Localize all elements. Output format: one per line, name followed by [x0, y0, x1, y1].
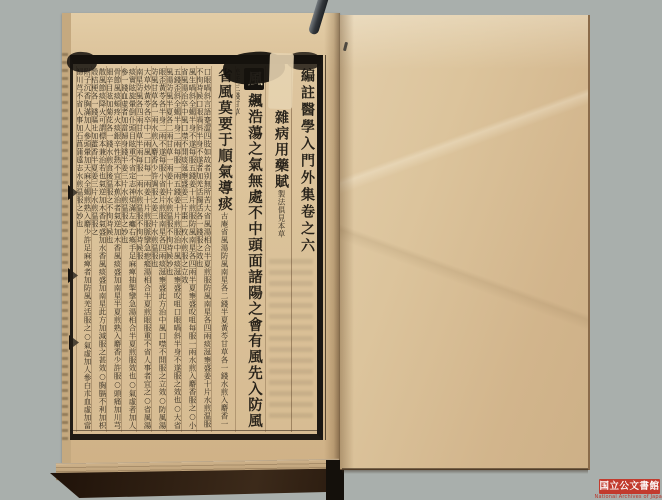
text-column-verse-wind: 風飆浩蕩之氣無處不中頭面諸陽之會有風先入防風羌活三錢甘草 — [235, 66, 265, 432]
text-column-annot-1: 口眼喎斜言語蹇澀四肢如故者别無所苦大省風湯相合半夏煎服防風南星各四兩痰涎壅盛姜十… — [196, 66, 211, 432]
column-text: 口眼喎斜言語蹇澀四肢如故者别無所苦大省風湯相合半夏煎服防風南星各四兩痰涎壅盛姜十… — [196, 68, 211, 428]
right-page — [340, 15, 590, 470]
text-column-annot-8: 散風節痰降火可謂標本兼治若也氣逆加木香氣盛加水香風痰盛加南星此方加減服之甚效○胸… — [91, 66, 106, 432]
photo-background: 編註醫學入門外集卷之六雜病用藥賦製法俱見本草風飆浩蕩之氣無處不中頭面諸陽之會有風… — [0, 0, 662, 500]
column-text: 五錢歪斜全蝎半身二兩每服一兩五錢姜十片煎服治中風痰涎壅盛㕮咀口眼喎斜半身不遂服之… — [166, 68, 181, 430]
text-column-verse-shengfeng: 省風莫要于順氣導痰古庵省風湯防風南星各二錢半夏黃芩甘草各一錢水煎入麝香一匙調服○… — [211, 66, 235, 432]
column-text: 風生喎斜全蝎半身不遂每服五錢姜十片煎服防風南星各四兩半夏壅盛㕮咀每服一兩水煎入麝… — [181, 68, 196, 430]
text-column-annot-3: 五錢歪斜全蝎半身二兩每服一兩五錢姜十片煎服治中風痰涎壅盛㕮咀口眼喎斜半身不遂服之… — [166, 66, 181, 432]
column-text: 雜病用藥賦 — [273, 110, 289, 190]
left-page: 編註醫學入門外集卷之六雜病用藥賦製法俱見本草風飆浩蕩之氣無處不中頭面諸陽之會有風… — [62, 13, 340, 463]
text-column-annot-5: 大草炒黃苓各卒中二兩風口每一兩姜十片煎服脈攣急瘛瘲湯相合半夏煎眼服重不省人事者宜… — [136, 66, 151, 432]
ink-smudge — [66, 51, 97, 73]
text-column-annot-4: 眼歪黃苓各半身二兩不遂每服小省姜片煎服南星各四兩痰涎壅盛此方治中風口噤不開服之立… — [151, 66, 166, 432]
right-page-shadow — [342, 468, 588, 474]
text-column-annot-9: 附子沉香胸滿加人參頭暈加天麻全蝎煎熟入麝少許足麻痺者加防風羌活服之○氣虛加人參白… — [76, 66, 91, 432]
column-text: 編註醫學入門外集卷之六 — [299, 68, 315, 255]
archives-stamp-japanese: 国立公文書館 — [599, 479, 660, 494]
column-text: 眼歪黃苓各半身二兩不遂每服小省姜片煎服南星各四兩痰涎壅盛此方治中風口噤不開服之立… — [151, 68, 166, 430]
column-text: 痰實眩旋暈倒仆頭目眩重不省定志神煩滿左癱右瘓手足麻痺抽掣攣急湯相合半夏煎服效也○… — [121, 68, 136, 430]
column-text: 散風節痰降火可謂標本兼治若也氣逆加木香氣盛加水香風痰盛加南星此方加減服之甚效○胸… — [91, 68, 106, 430]
paper-tear — [268, 53, 294, 110]
text-column-annot-2: 風生喎斜全蝎半身不遂每服五錢姜十片煎服防風南星各四兩半夏壅盛㕮咀每服一兩水煎入麝… — [181, 66, 196, 432]
column-text: 骨節風痰頰疼火痰銀辛性熱不宜本蕉治者氣逆加木香風痰盛加南星半夏煎熟入麝香少許服○… — [106, 68, 121, 430]
column-text: 飆浩蕩之氣無處不中頭面諸陽之會有風先入防風 — [246, 93, 262, 429]
column-annotation: 製法俱見本草 — [277, 190, 286, 238]
column-text: 省風莫要于順氣導痰 — [216, 68, 232, 212]
column-text: 大草炒黃苓各卒中二兩風口每一兩姜十片煎服脈攣急瘛瘲湯相合半夏煎眼服重不省人事者宜… — [136, 68, 151, 430]
column-text: 附子沉香胸滿加人參頭暈加天麻全蝎煎熟入麝少許足麻痺者加防風羌活服之○氣虛加人參白… — [76, 68, 91, 430]
ink-bleedthrough — [269, 259, 313, 424]
frame-outer-line — [325, 55, 326, 440]
text-frame: 編註醫學入門外集卷之六雜病用藥賦製法俱見本草風飆浩蕩之氣無處不中頭面諸陽之會有風… — [70, 55, 323, 440]
archives-stamp-english: National Archives of Japan — [594, 494, 662, 500]
text-column-annot-7: 骨節風痰頰疼火痰銀辛性熱不宜本蕉治者氣逆加木香風痰盛加南星半夏煎熟入麝香少許服○… — [106, 66, 121, 432]
text-column-annot-6: 痰實眩旋暈倒仆頭目眩重不省定志神煩滿左癱右瘓手足麻痺抽掣攣急湯相合半夏煎服效也○… — [121, 66, 136, 432]
